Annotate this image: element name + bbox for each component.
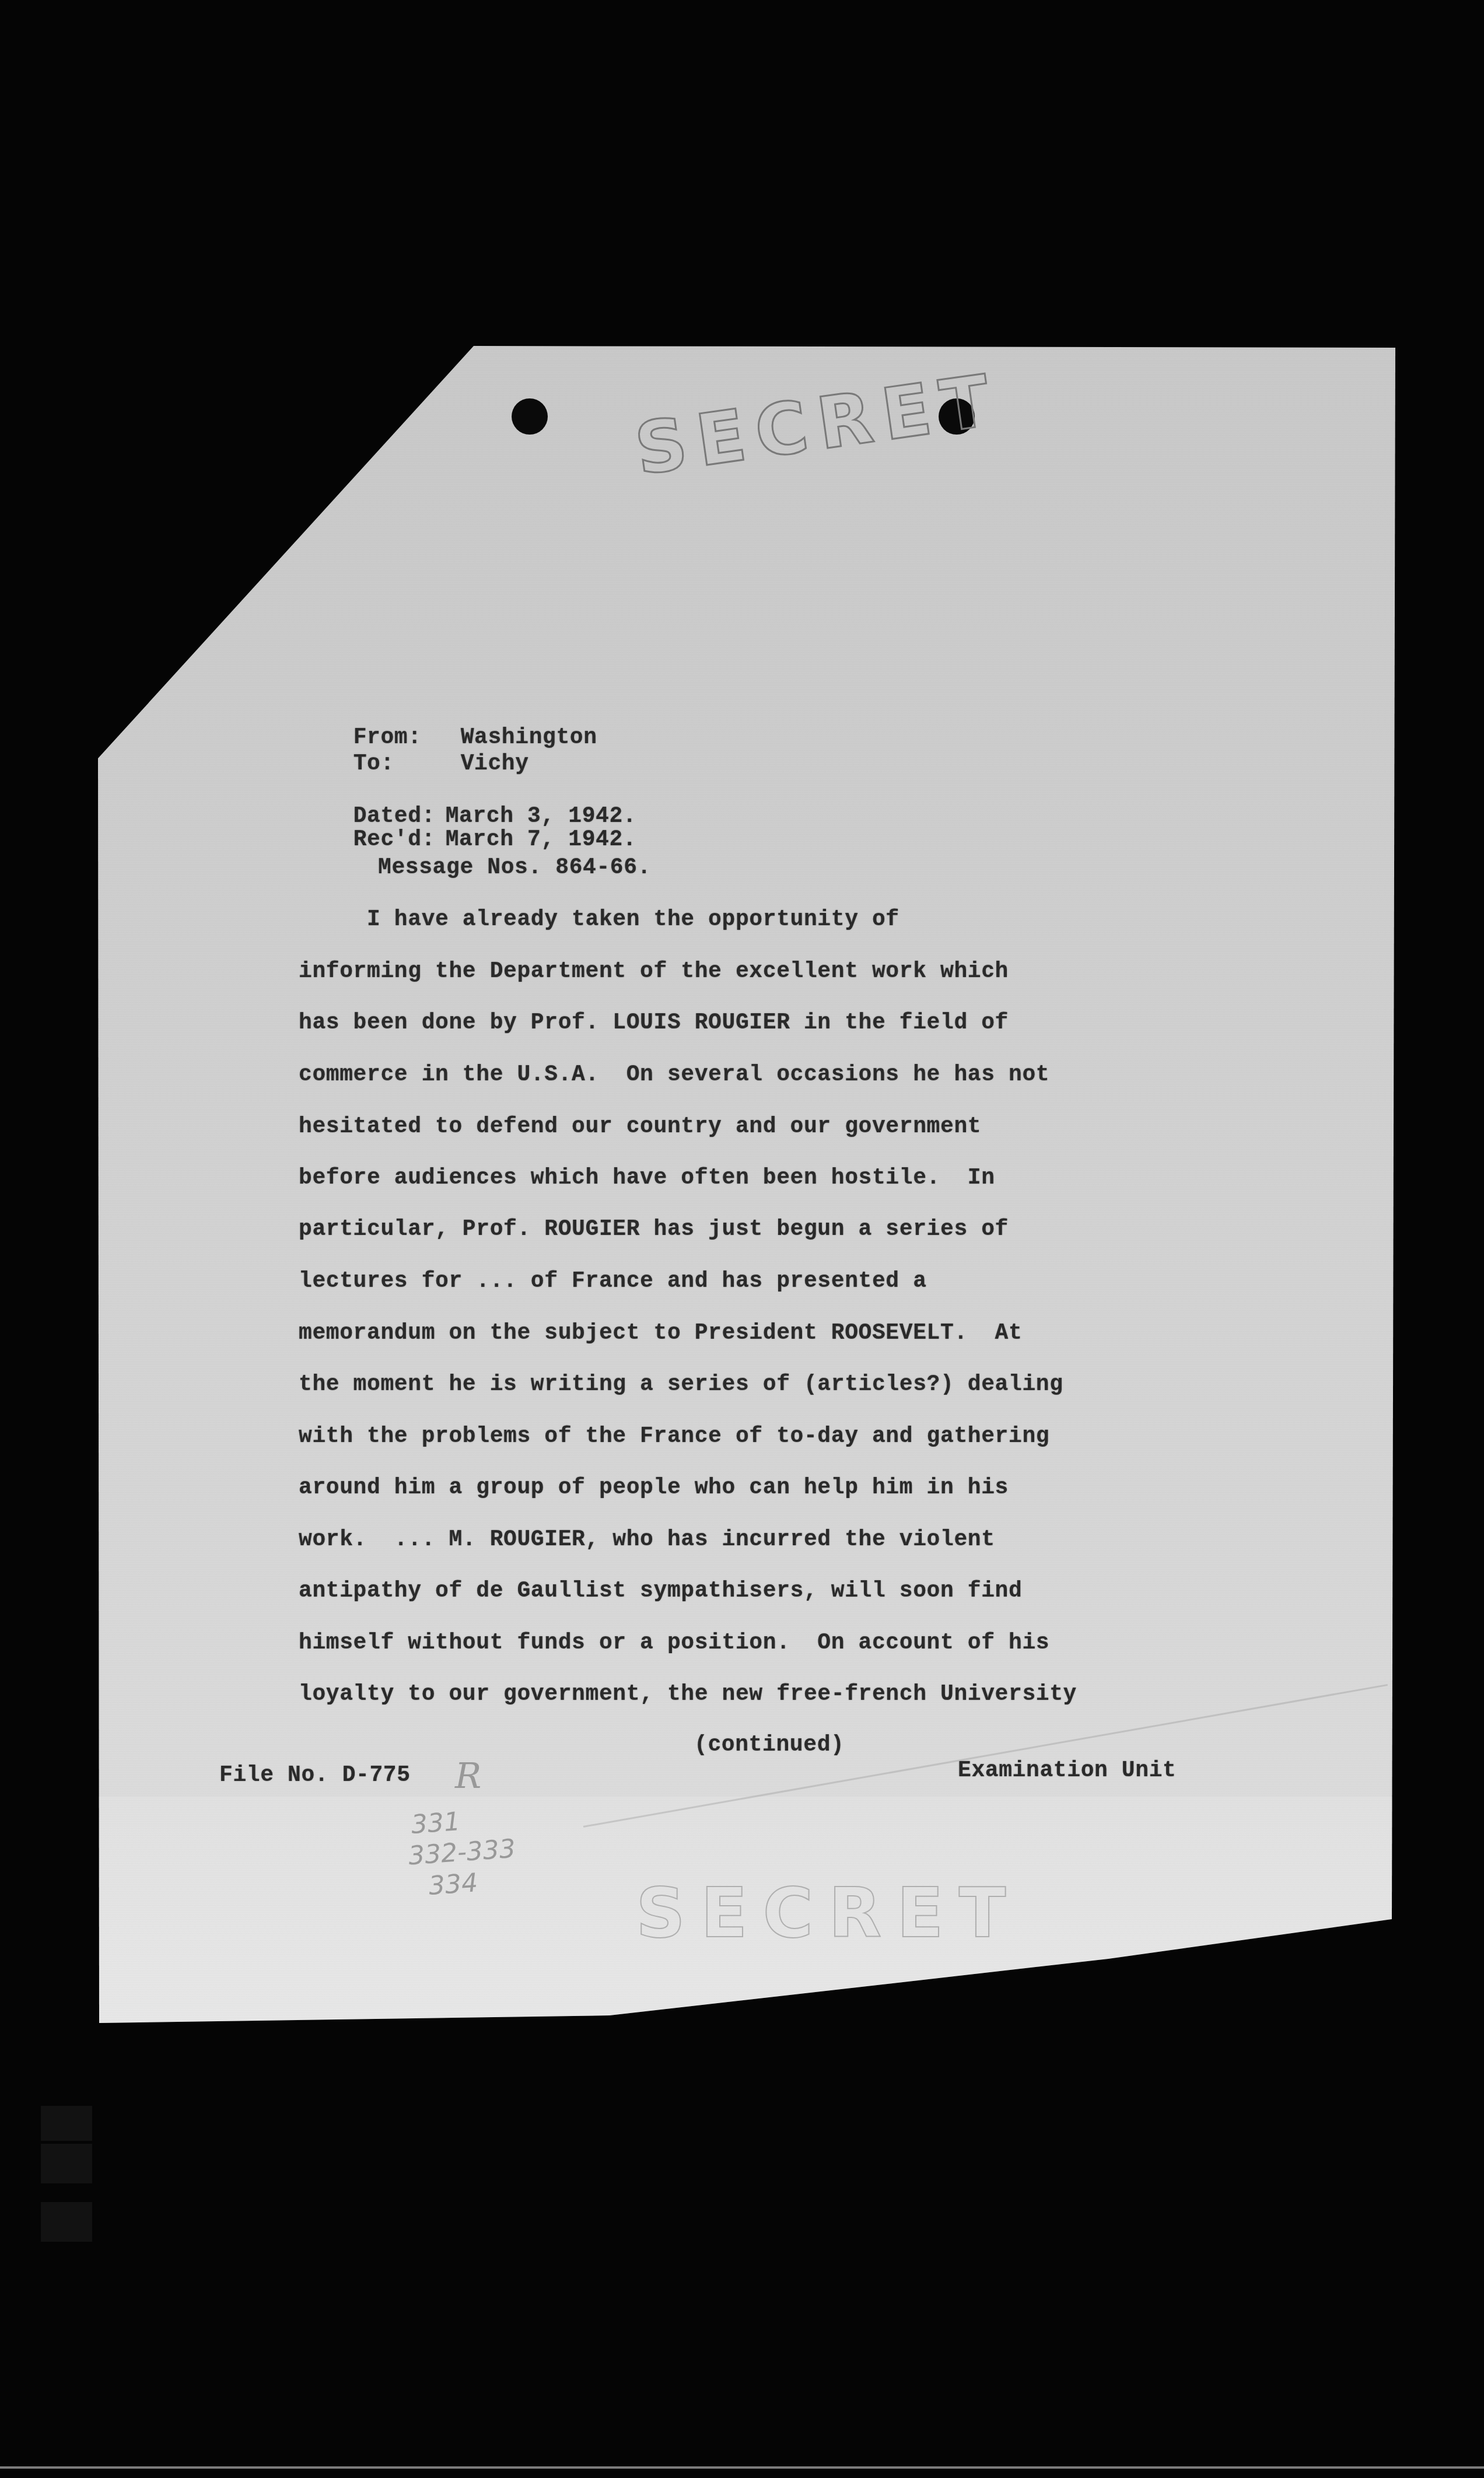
body-line: himself without funds or a position. On …: [299, 1632, 1049, 1655]
body-line: has been done by Prof. LOUIS ROUGIER in …: [299, 1012, 1009, 1035]
dated-line: Dated:March 3, 1942.: [299, 782, 636, 852]
dated-label: Dated:: [353, 805, 446, 828]
body-line: antipathy of de Gaullist sympathisers, w…: [299, 1580, 1022, 1603]
film-edge-line: [0, 2466, 1484, 2469]
film-edge-mark: [41, 2202, 92, 2242]
dated-value: March 3, 1942.: [446, 804, 637, 829]
body-line: with the problems of the France of to-da…: [299, 1425, 1049, 1448]
body-line: around him a group of people who can hel…: [299, 1476, 1009, 1500]
file-number: File No. D-775: [219, 1764, 411, 1787]
body-line: the moment he is writing a series of (ar…: [299, 1373, 1063, 1396]
handwritten-page-ref: 332-333: [407, 1834, 516, 1871]
continued-label: (continued): [694, 1734, 844, 1757]
paper-crease: [583, 1684, 1388, 1828]
from-value: Washington: [461, 725, 597, 750]
body-line: before audiences which have often been h…: [299, 1167, 995, 1190]
body-line: informing the Department of the excellen…: [299, 960, 1009, 984]
to-label: To:: [353, 752, 461, 776]
body-line: I have already taken the opportunity of: [299, 908, 900, 932]
body-line: particular, Prof. ROUGIER has just begun…: [299, 1218, 1009, 1241]
punch-hole-right: [939, 398, 975, 435]
recd-value: March 7, 1942.: [446, 827, 637, 852]
from-label: From:: [353, 726, 461, 750]
recd-line: Rec'd:March 7, 1942.: [299, 805, 636, 875]
message-numbers: Message Nos. 864-66.: [378, 856, 651, 880]
handwritten-page-ref: 334: [428, 1868, 478, 1901]
body-line: memorandum on the subject to President R…: [299, 1322, 1022, 1345]
document-page: SECRET From:Washington To:Vichy Dated:Ma…: [0, 0, 1484, 2478]
from-line: From:Washington: [299, 703, 597, 773]
folded-bottom-edge: [98, 1797, 1399, 2030]
examination-unit: Examination Unit: [958, 1759, 1176, 1783]
to-line: To:Vichy: [299, 729, 529, 799]
body-line: lectures for ... of France and has prese…: [299, 1270, 927, 1293]
recd-label: Rec'd:: [353, 828, 446, 852]
body-line: commerce in the U.S.A. On several occasi…: [299, 1063, 1049, 1087]
classification-stamp-bottom: SECRET: [636, 1873, 1021, 1953]
film-edge-mark: [41, 2106, 92, 2141]
to-value: Vichy: [461, 751, 529, 776]
body-line: hesitated to defend our country and our …: [299, 1115, 981, 1139]
film-edge-mark: [41, 2144, 92, 2183]
handwritten-file-suffix: R: [455, 1756, 481, 1797]
punch-hole-left: [512, 398, 548, 435]
handwritten-page-ref: 331: [410, 1807, 461, 1840]
body-line: loyalty to our government, the new free-…: [299, 1683, 1077, 1706]
classification-stamp-top: SECRET: [630, 358, 1005, 491]
body-line: work. ... M. ROUGIER, who has incurred t…: [299, 1528, 995, 1552]
